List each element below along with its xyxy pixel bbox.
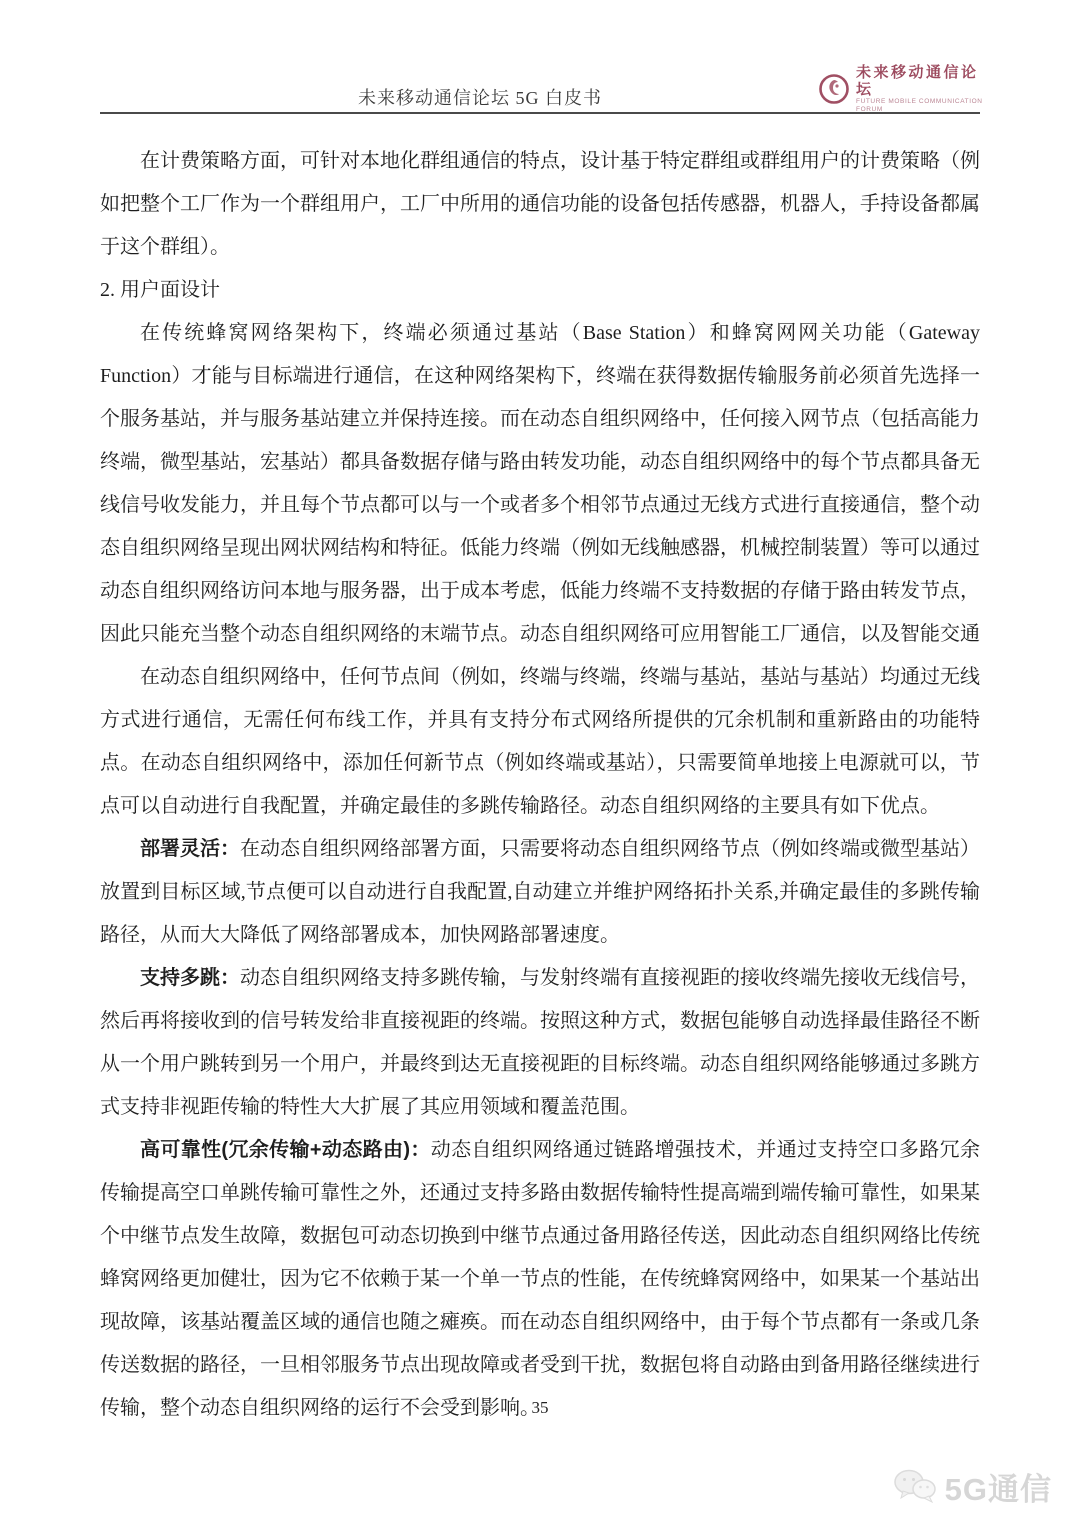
feature-paragraph-high-reliability: 高可靠性(冗余传输+动态路由)：动态自组织网络通过链路增强技术，并通过支持空口多… bbox=[100, 1129, 980, 1430]
page-number: 35 bbox=[0, 1398, 1080, 1418]
paragraph-billing-policy: 在计费策略方面，可针对本地化群组通信的特点，设计基于特定群组或群组用户的计费策略… bbox=[100, 140, 980, 269]
paragraph-cellular-vs-adhoc: 在传统蜂窝网络架构下，终端必须通过基站（Base Station）和蜂窝网网关功… bbox=[100, 312, 980, 656]
wechat-icon bbox=[893, 1468, 937, 1506]
forum-logo: 未来移动通信论坛 FUTURE MOBILE COMMUNICATION FOR… bbox=[818, 68, 988, 110]
channel-watermark: 5G通信 bbox=[893, 1464, 1052, 1509]
feature-lead-multihop-support: 支持多跳： bbox=[140, 967, 240, 989]
paragraph-adhoc-advantages-intro: 在动态自组织网络中，任何节点间（例如，终端与终端，终端与基站，基站与基站）均通过… bbox=[100, 656, 980, 828]
watermark-label: 5G通信 bbox=[945, 1464, 1052, 1509]
feature-text-high-reliability: 动态自组织网络通过链路增强技术，并通过支持空口多路冗余传输提高空口单跳传输可靠性… bbox=[100, 1139, 980, 1419]
header-divider bbox=[100, 112, 980, 114]
header-title: 未来移动通信论坛 5G 白皮书 bbox=[100, 84, 860, 110]
document-page: 未来移动通信论坛 5G 白皮书 未来移动通信论坛 FUTURE MOBILE C… bbox=[0, 0, 1080, 1527]
feature-text-multihop-support: 动态自组织网络支持多跳传输，与发射终端有直接视距的接收终端先接收无线信号，然后再… bbox=[100, 967, 980, 1118]
feature-paragraph-flexible-deployment: 部署灵活：在动态自组织网络部署方面，只需要将动态自组织网络节点（例如终端或微型基… bbox=[100, 828, 980, 957]
forum-logo-icon bbox=[818, 73, 850, 105]
forum-logo-name-cn: 未来移动通信论坛 bbox=[856, 65, 988, 98]
section-heading-user-plane-design: 2. 用户面设计 bbox=[100, 269, 980, 312]
document-body: 在计费策略方面，可针对本地化群组通信的特点，设计基于特定群组或群组用户的计费策略… bbox=[100, 140, 980, 1430]
feature-lead-high-reliability: 高可靠性(冗余传输+动态路由)： bbox=[140, 1139, 431, 1161]
feature-paragraph-multihop-support: 支持多跳：动态自组织网络支持多跳传输，与发射终端有直接视距的接收终端先接收无线信… bbox=[100, 957, 980, 1129]
forum-logo-name-en: FUTURE MOBILE COMMUNICATION FORUM bbox=[856, 98, 988, 112]
feature-lead-flexible-deployment: 部署灵活： bbox=[140, 838, 240, 860]
